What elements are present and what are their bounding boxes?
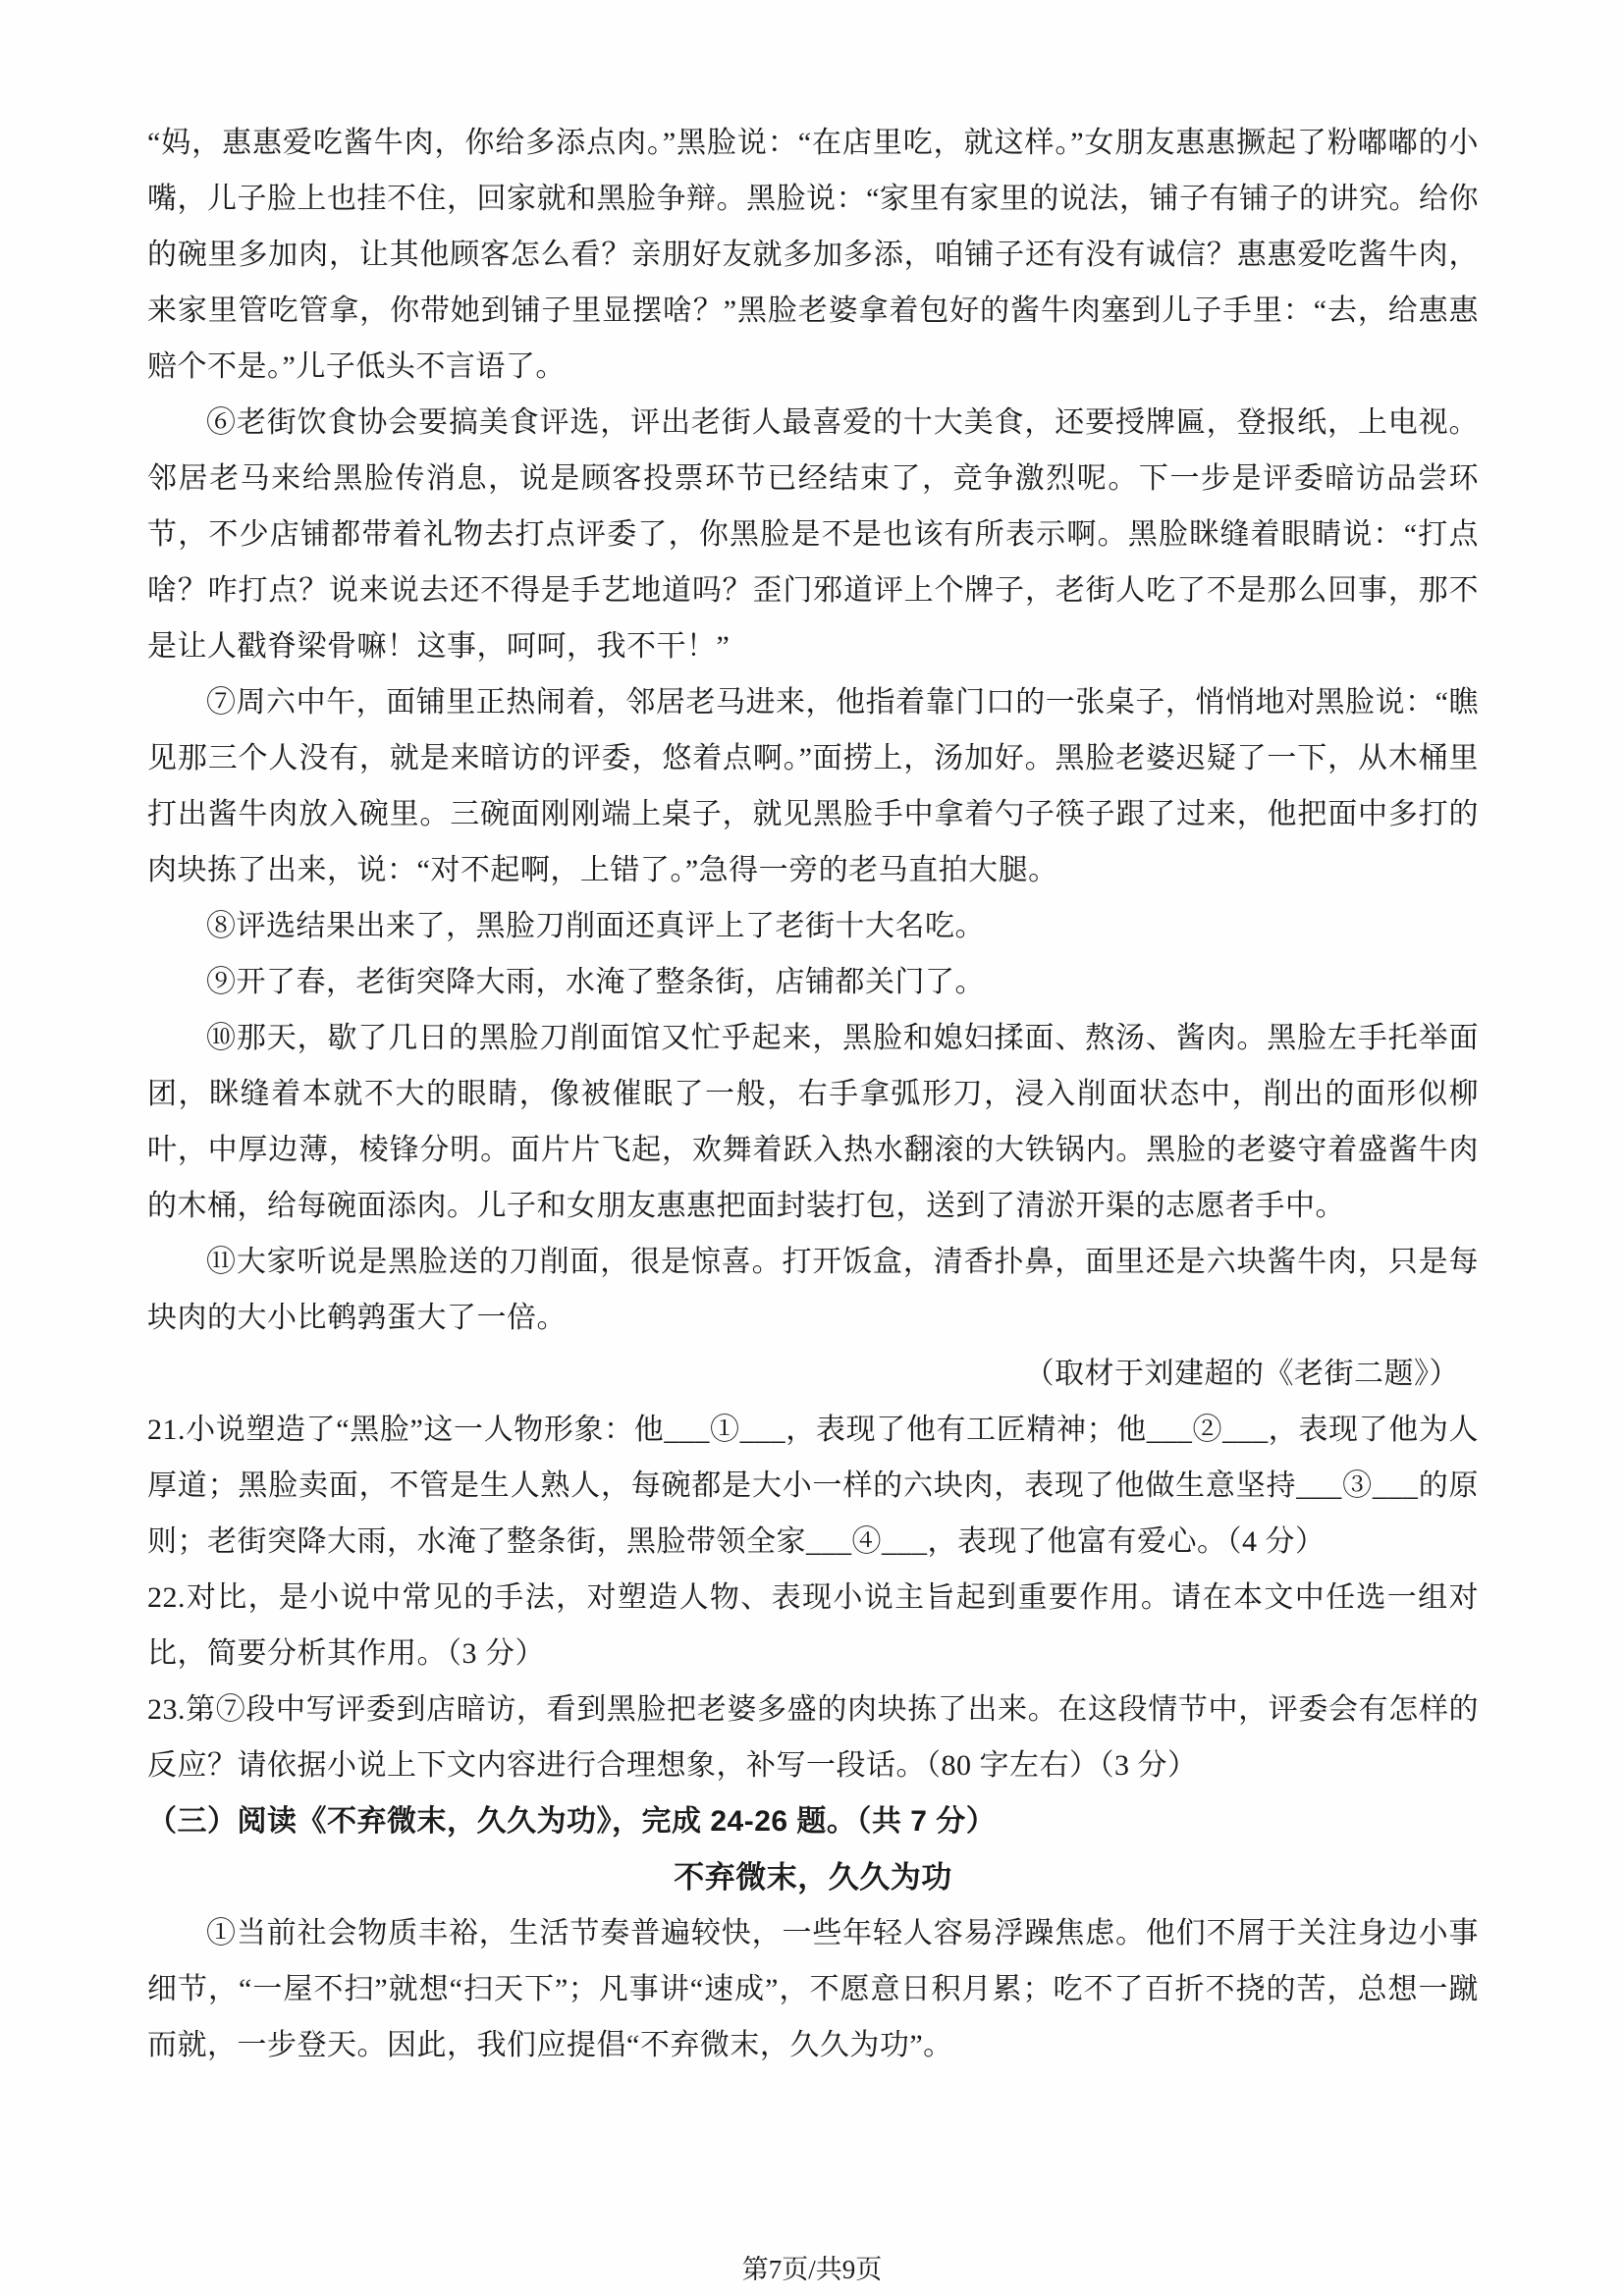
story-paragraph-7: ⑦周六中午，面铺里正热闹着，邻居老马进来，他指着靠门口的一张桌子，悄悄地对黑脸说… (147, 674, 1479, 898)
story-paragraph-10: ⑩那天，歇了几日的黑脸刀削面馆又忙乎起来，黑脸和媳妇揉面、熬汤、酱肉。黑脸左手托… (147, 1010, 1479, 1234)
page-content: “妈，惠惠爱吃酱牛肉，你给多添点肉。”黑脸说：“在店里吃，就这样。”女朋友惠惠撅… (147, 115, 1479, 2073)
exam-page: “妈，惠惠爱吃酱牛肉，你给多添点肉。”黑脸说：“在店里吃，就这样。”女朋友惠惠撅… (0, 0, 1624, 2296)
question-21: 21.小说塑造了“黑脸”这一人物形象：他___①___，表现了他有工匠精神；他_… (147, 1402, 1479, 1570)
story-continuation-paragraph: “妈，惠惠爱吃酱牛肉，你给多添点肉。”黑脸说：“在店里吃，就这样。”女朋友惠惠撅… (147, 115, 1479, 395)
question-22: 22.对比，是小说中常见的手法，对塑造人物、表现小说主旨起到重要作用。请在本文中… (147, 1570, 1479, 1682)
essay-title: 不弃微末，久久为功 (147, 1849, 1479, 1905)
story-paragraph-9: ⑨开了春，老街突降大雨，水淹了整条街，店铺都关门了。 (147, 954, 1479, 1010)
essay-paragraph-1: ①当前社会物质丰裕，生活节奏普遍较快，一些年轻人容易浮躁焦虑。他们不屑于关注身边… (147, 1905, 1479, 2073)
story-attribution: （取材于刘建超的《老街二题》） (147, 1346, 1479, 1402)
page-number-footer: 第7页/共9页 (0, 2253, 1624, 2286)
question-23: 23.第⑦段中写评委到店暗访，看到黑脸把老婆多盛的肉块拣了出来。在这段情节中，评… (147, 1682, 1479, 1793)
story-paragraph-11: ⑪大家听说是黑脸送的刀削面，很是惊喜。打开饭盒，清香扑鼻，面里还是六块酱牛肉，只… (147, 1234, 1479, 1346)
story-paragraph-6: ⑥老街饮食协会要搞美食评选，评出老街人最喜爱的十大美食，还要授牌匾，登报纸，上电… (147, 395, 1479, 674)
section-three-heading: （三）阅读《不弃微末，久久为功》，完成 24-26 题。（共 7 分） (147, 1793, 1479, 1849)
story-paragraph-8: ⑧评选结果出来了，黑脸刀削面还真评上了老街十大名吃。 (147, 898, 1479, 954)
